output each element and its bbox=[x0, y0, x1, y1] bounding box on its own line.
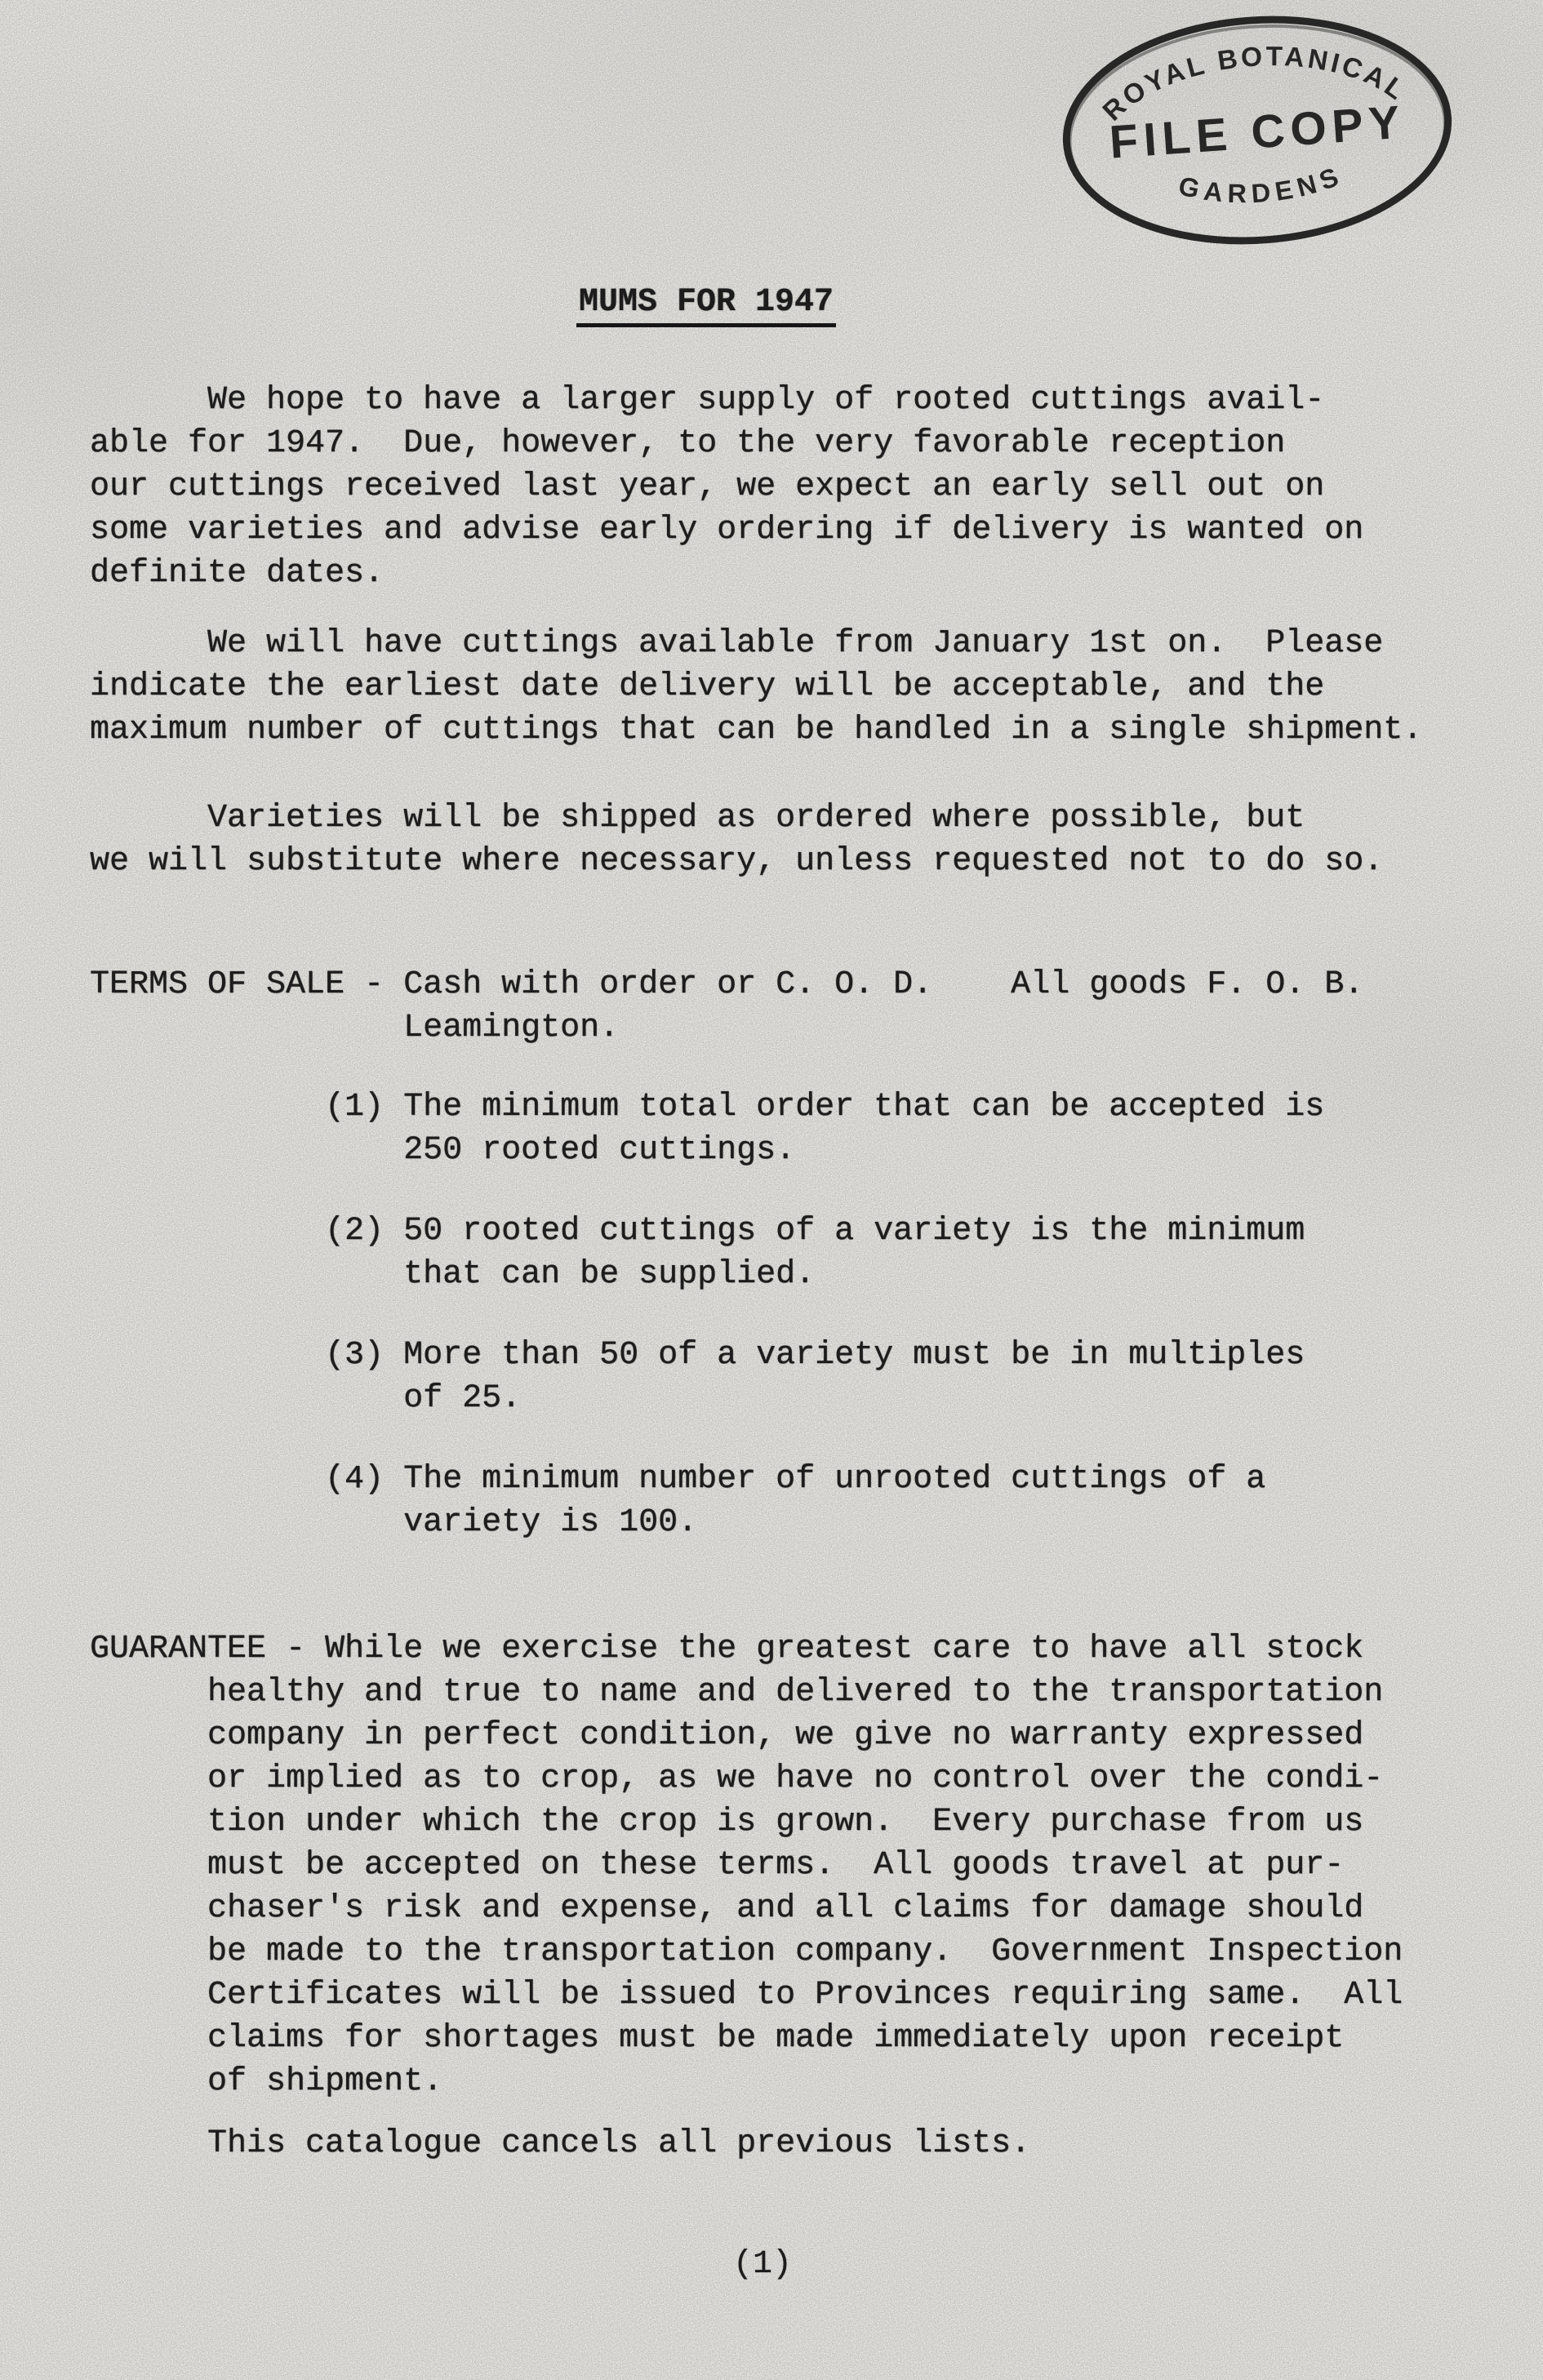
page-number: (1) bbox=[733, 2246, 792, 2283]
document-title: MUMS FOR 1947 bbox=[576, 284, 836, 327]
scanned-document-page: ROYAL BOTANICAL FILE COPY GARDENS MUMS F… bbox=[0, 0, 1543, 2380]
closing-line: This catalogue cancels all previous list… bbox=[90, 2122, 1030, 2165]
terms-item-2: (2) 50 rooted cuttings of a variety is t… bbox=[90, 1210, 1305, 1296]
intro-paragraph-3: Varieties will be shipped as ordered whe… bbox=[90, 797, 1383, 883]
guarantee-paragraph: GUARANTEE - While we exercise the greate… bbox=[90, 1627, 1403, 2103]
stamp-center-label: FILE COPY bbox=[1108, 96, 1407, 169]
terms-item-1: (1) The minimum total order that can be … bbox=[90, 1086, 1324, 1172]
intro-paragraph-2: We will have cuttings available from Jan… bbox=[90, 622, 1422, 752]
terms-item-4: (4) The minimum number of unrooted cutti… bbox=[90, 1458, 1265, 1544]
intro-paragraph-1: We hope to have a larger supply of roote… bbox=[90, 379, 1363, 595]
file-copy-stamp: ROYAL BOTANICAL FILE COPY GARDENS bbox=[1045, 0, 1469, 264]
stamp-bottom-label: GARDENS bbox=[1174, 159, 1349, 214]
terms-of-sale-heading: TERMS OF SALE - Cash with order or C. O.… bbox=[90, 963, 1363, 1050]
terms-item-3: (3) More than 50 of a variety must be in… bbox=[90, 1334, 1305, 1420]
